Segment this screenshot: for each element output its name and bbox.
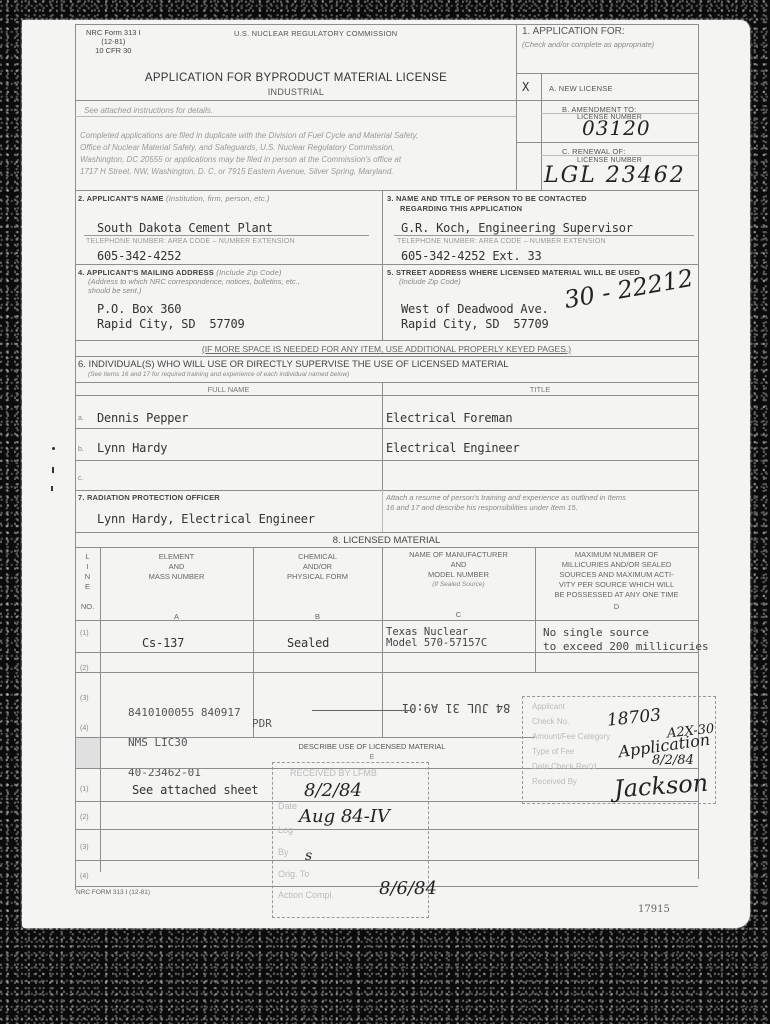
header-line: VITY PER SOURCE WHICH WILL — [535, 580, 698, 590]
divider — [75, 356, 698, 357]
mailing-address-line2[interactable]: Rapid City, SD 57709 — [97, 317, 245, 331]
divider — [75, 395, 698, 396]
section6-label: 6. INDIVIDUAL(S) WHO WILL USE OR DIRECTL… — [78, 359, 509, 370]
applicant-name[interactable]: South Dakota Cement Plant — [97, 221, 273, 235]
section4-label: 4. APPLICANT'S MAILING ADDRESS (Include … — [78, 268, 282, 277]
radiation-protection-officer[interactable]: Lynn Hardy, Electrical Engineer — [97, 512, 315, 526]
header-line: AND — [382, 560, 535, 570]
individual-a-name[interactable]: Dennis Pepper — [97, 411, 188, 425]
section7-note-line2: 16 and 17 and describe his responsibilit… — [386, 503, 626, 513]
column-letter: C — [382, 610, 535, 620]
section7-note: Attach a resume of person's training and… — [386, 493, 626, 513]
fee-stamp-field: Amount/Fee Category — [532, 732, 610, 741]
header-line: MODEL NUMBER — [382, 570, 535, 580]
column-full-name: FULL NAME — [75, 385, 382, 394]
divider — [75, 100, 516, 101]
divider — [75, 264, 698, 265]
section8-label: 8. LICENSED MATERIAL — [75, 535, 698, 546]
stamp-action-value: 8/6/84 — [379, 878, 437, 899]
contact-phone[interactable]: 605-342-4252 Ext. 33 — [401, 249, 542, 263]
line-number: (4) — [80, 725, 89, 732]
use-address-line1[interactable]: West of Deadwood Ave. — [401, 302, 549, 316]
column-b-header: CHEMICAL AND/OR PHYSICAL FORM B — [253, 552, 382, 622]
section6-hint: (See Items 16 and 17 for required traini… — [88, 371, 349, 378]
divider — [541, 113, 698, 114]
pdr-stamp: PDR — [252, 718, 272, 729]
document-control-stamp: 8410100055 840917 NMS LIC30 40-23462-01 — [128, 688, 241, 798]
underline — [394, 235, 694, 236]
use-section-header: DESCRIBE USE OF LICENSED MATERIAL — [272, 742, 472, 751]
row1-manufacturer[interactable]: Texas NuclearModel 570-57157C — [386, 627, 487, 649]
section2-phone-label: TELEPHONE NUMBER: AREA CODE – NUMBER EXT… — [86, 238, 295, 245]
header-line: MASS NUMBER — [100, 572, 253, 582]
section1-label: 1. APPLICATION FOR: — [522, 26, 625, 37]
model-line: Model 570-57157C — [386, 638, 487, 649]
margin-mark — [52, 467, 54, 473]
filing-line: 1717 H Street, NW, Washington, D. C. or … — [80, 166, 520, 178]
fee-stamp-field: Date Check Rec'd — [532, 762, 596, 771]
activity-line: No single source — [543, 626, 709, 640]
section3-label-line2-text: REGARDING THIS APPLICATION — [400, 204, 522, 213]
filing-line: Washington, DC 20555 or applications may… — [80, 154, 520, 166]
received-stamp-title: RECEIVED BY LFMB — [290, 768, 377, 778]
section3-label-line1: 3. NAME AND TITLE OF PERSON TO BE CONTAC… — [387, 194, 587, 203]
stamp-orig-to-label: Orig. To — [278, 869, 309, 879]
line-number: (2) — [80, 665, 89, 672]
line-col-char: E — [75, 582, 100, 592]
new-license-checkbox[interactable]: X — [522, 80, 529, 94]
fee-stamp-field: Applicant — [532, 702, 565, 711]
line-number: (2) — [80, 814, 89, 821]
header-line: ELEMENT — [100, 552, 253, 562]
section5-label: 5. STREET ADDRESS WHERE LICENSED MATERIA… — [387, 268, 640, 277]
mailing-address-line1[interactable]: P.O. Box 360 — [97, 302, 181, 316]
stamp-date-label: Date — [278, 801, 297, 811]
stamp-by-value: s — [305, 848, 312, 864]
divider — [312, 710, 412, 711]
column-letter: D — [535, 602, 698, 612]
individual-b-title[interactable]: Electrical Engineer — [386, 441, 519, 455]
divider — [75, 652, 698, 653]
docket-number: 40-23462-01 — [128, 768, 241, 778]
shaded-cell — [76, 738, 100, 768]
fee-stamp-field: Type of Fee — [532, 747, 574, 756]
divider — [75, 190, 698, 191]
received-date-stamp: 84 JUL 31 A9:01 — [402, 702, 510, 713]
divider — [75, 490, 698, 491]
form-subtitle: INDUSTRIAL — [76, 87, 516, 97]
stamp-date-value: 8/2/84 — [304, 780, 362, 801]
row1-element[interactable]: Cs-137 — [142, 636, 184, 650]
section5-hint: (Include Zip Code) — [399, 277, 461, 286]
fee-stamp-date: 8/2/84 — [652, 753, 694, 768]
form-identifier: NRC Form 313 I (12-81) 10 CFR 30 — [86, 28, 141, 55]
individual-c-name[interactable] — [97, 465, 377, 485]
divider — [382, 382, 383, 490]
margin-mark — [52, 447, 55, 450]
fee-stamp-field: Check No. — [532, 717, 569, 726]
section2-label: 2. APPLICANT'S NAME (Institution, firm, … — [78, 194, 270, 203]
divider — [75, 116, 516, 117]
header-line: BE POSSESSED AT ANY ONE TIME — [535, 590, 698, 600]
cfr-reference: 10 CFR 30 — [86, 46, 141, 55]
filing-instructions: Completed applications are filed in dupl… — [80, 130, 520, 178]
divider — [75, 672, 698, 673]
section2-hint: (Institution, firm, person, etc.) — [166, 194, 270, 203]
form-date: (12-81) — [86, 37, 141, 46]
page-number: 17915 — [638, 904, 670, 915]
stamp-action-label: Action Compl. — [278, 890, 334, 900]
divider — [75, 737, 535, 738]
section4-hint2: (Address to which NRC correspondence, no… — [88, 277, 300, 286]
frame-top — [75, 24, 698, 25]
form-title: APPLICATION FOR BYPRODUCT MATERIAL LICEN… — [76, 72, 516, 84]
divider — [541, 155, 698, 156]
line-col-char: L — [75, 552, 100, 562]
doc-number: 8410100055 840917 — [128, 708, 241, 718]
stamp-log-value: Aug 84-IV — [299, 806, 390, 827]
divider — [75, 532, 698, 533]
line-number: (4) — [80, 873, 89, 880]
header-line: MAXIMUM NUMBER OF — [535, 550, 698, 560]
section3-phone-label: TELEPHONE NUMBER: AREA CODE – NUMBER EXT… — [397, 238, 606, 245]
divider — [75, 547, 698, 548]
form-footer-reference: NRC FORM 313 I (12-81) — [76, 889, 150, 896]
fee-stamp-field: Received By — [532, 777, 577, 786]
agency-name: U.S. NUCLEAR REGULATORY COMMISSION — [234, 29, 397, 38]
use-address-line2[interactable]: Rapid City, SD 57709 — [401, 317, 549, 331]
section4-hint: (Include Zip Code) — [216, 268, 281, 277]
section7-label-text: 7. RADIATION PROTECTION OFFICER — [78, 493, 220, 502]
header-line: SOURCES AND MAXIMUM ACTI- — [535, 570, 698, 580]
margin-mark — [51, 486, 53, 491]
divider — [75, 428, 698, 429]
document-page: NRC Form 313 I (12-81) 10 CFR 30 U.S. NU… — [22, 20, 750, 928]
row-letter: b. — [78, 446, 84, 453]
stamp-log-label: Log — [278, 825, 293, 835]
column-d-header: MAXIMUM NUMBER OF MILLICURIES AND/OR SEA… — [535, 550, 698, 612]
applicant-phone[interactable]: 605-342-4252 — [97, 249, 181, 263]
contact-name-title[interactable]: G.R. Koch, Engineering Supervisor — [401, 221, 633, 235]
section4-hint3: should be sent.) — [88, 286, 141, 295]
column-title: TITLE — [382, 385, 698, 394]
section7-note-line1: Attach a resume of person's training and… — [386, 493, 626, 503]
use-column-letter: E — [272, 754, 472, 761]
divider — [516, 24, 517, 190]
line-col-char: N — [75, 572, 100, 582]
line-number: (1) — [80, 630, 89, 637]
additional-pages-notice: (IF MORE SPACE IS NEEDED FOR ANY ITEM, U… — [75, 344, 698, 354]
column-c-header: NAME OF MANUFACTURER AND MODEL NUMBER (I… — [382, 550, 535, 620]
column-a-header: ELEMENT AND MASS NUMBER A — [100, 552, 253, 622]
renewal-license-number[interactable]: LGL 23462 — [544, 163, 686, 188]
divider — [516, 100, 698, 101]
section3-label: 3. NAME AND TITLE OF PERSON TO BE CONTAC… — [387, 194, 587, 203]
section3-label-line2: REGARDING THIS APPLICATION — [400, 204, 522, 213]
line-column-header: L I N E NO. — [75, 552, 100, 612]
section7-label: 7. RADIATION PROTECTION OFFICER — [78, 493, 220, 502]
header-line: CHEMICAL — [253, 552, 382, 562]
header-line: NAME OF MANUFACTURER — [382, 550, 535, 560]
stamp-by-label: By — [278, 847, 289, 857]
row-letter: a. — [78, 415, 84, 422]
line-col-char: I — [75, 562, 100, 572]
form-id: NRC Form 313 I — [86, 28, 141, 37]
section1-hint: (Check and/or complete as appropriate) — [522, 40, 654, 49]
individual-a-title[interactable]: Electrical Foreman — [386, 411, 512, 425]
filing-line: Office of Nuclear Material Safety, and S… — [80, 142, 520, 154]
divider — [75, 382, 698, 383]
divider — [382, 490, 383, 532]
amendment-license-number[interactable]: 03120 — [582, 116, 651, 140]
divider — [75, 340, 698, 341]
new-license-label: a. NEW LICENSE — [549, 84, 613, 93]
line-number: (3) — [80, 695, 89, 702]
header-line: AND — [100, 562, 253, 572]
row1-max-activity[interactable]: No single sourceto exceed 200 millicurie… — [543, 626, 709, 654]
section2-label-text: 2. APPLICANT'S NAME — [78, 194, 164, 203]
individual-b-name[interactable]: Lynn Hardy — [97, 441, 167, 455]
doc-category: NMS LIC30 — [128, 738, 241, 748]
divider — [75, 460, 698, 461]
divider — [382, 190, 383, 340]
header-line: PHYSICAL FORM — [253, 572, 382, 582]
header-line: AND/OR — [253, 562, 382, 572]
use-description-row1[interactable]: See attached sheet — [132, 783, 258, 797]
line-number: (1) — [80, 786, 89, 793]
line-col-char: NO. — [75, 602, 100, 612]
divider — [516, 142, 698, 143]
individual-c-title[interactable] — [386, 465, 686, 485]
divider — [75, 620, 698, 621]
divider — [541, 73, 542, 190]
row1-physical-form[interactable]: Sealed — [287, 636, 329, 650]
row-letter: c. — [78, 475, 83, 482]
header-hint: (If Sealed Source) — [382, 580, 535, 590]
filing-line: Completed applications are filed in dupl… — [80, 130, 520, 142]
line-number: (3) — [80, 844, 89, 851]
header-line: MILLICURIES AND/OR SEALED — [535, 560, 698, 570]
section5-label-text: 5. STREET ADDRESS WHERE LICENSED MATERIA… — [387, 268, 640, 277]
divider — [516, 73, 698, 74]
section4-label-text: 4. APPLICANT'S MAILING ADDRESS — [78, 268, 214, 277]
underline — [84, 235, 369, 236]
